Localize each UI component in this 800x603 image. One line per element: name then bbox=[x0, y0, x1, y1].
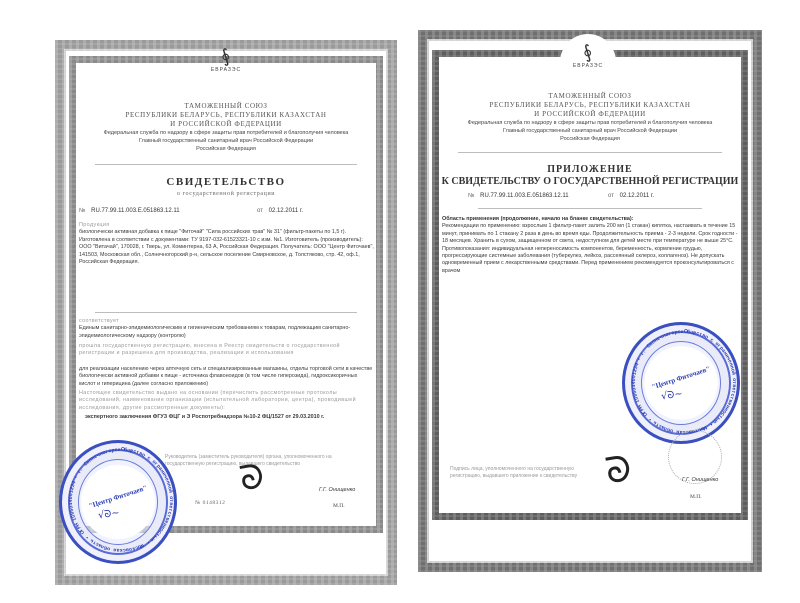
seal-placeholder: М.П. bbox=[690, 494, 702, 500]
appendix-number-line: № RU.77.99.11.003.Е.051863.12.11 от 02.1… bbox=[468, 193, 748, 199]
divider bbox=[95, 164, 357, 165]
eurasec-logo-icon: ∮ bbox=[219, 47, 234, 67]
appendix-number: RU.77.99.11.003.Е.051863.12.11 bbox=[480, 193, 569, 199]
official-seal bbox=[668, 430, 722, 484]
signer-name: Г.Г. Онищенко bbox=[682, 477, 718, 483]
certificate-document: ∮ ЕВРАЗЭС ТАМОЖЕННЫЙ СОЮЗ РЕСПУБЛИКИ БЕЛ… bbox=[55, 40, 397, 585]
registration-text: прошла государственную регистрацию, внес… bbox=[79, 343, 374, 358]
divider bbox=[478, 208, 702, 209]
appendix-document: ∮ ЕВРАЗЭС ТАМОЖЕННЫЙ СОЮЗ РЕСПУБЛИКИ БЕЛ… bbox=[418, 30, 762, 572]
signatory-caption: Руководитель (заместитель руководителя) … bbox=[165, 454, 365, 468]
eurasec-logo-icon: ∮ bbox=[581, 43, 596, 63]
certificate-logo: ∮ ЕВРАЗЭС bbox=[201, 48, 251, 73]
appendix-title-2: К СВИДЕТЕЛЬСТВУ О ГОСУДАРСТВЕННОЙ РЕГИСТ… bbox=[418, 176, 762, 187]
compliance-text: соответствует Единым санитарно-эпидемиол… bbox=[79, 318, 374, 340]
form-serial-number: № 0148312 bbox=[195, 500, 225, 506]
basis-text: Настоящее свидетельство выдано на основа… bbox=[79, 390, 374, 412]
company-stamp: "Центр Фиточаев" √ᘐ~ Общество с ограниче… bbox=[622, 322, 740, 444]
certificate-subtitle: о государственной регистрации bbox=[55, 191, 397, 197]
appendix-logo: ∮ ЕВРАЗЭС bbox=[560, 34, 616, 90]
appendix-date: 02.12.2011 г. bbox=[620, 193, 654, 199]
divider bbox=[95, 312, 357, 313]
usage-text: для реализации населению через аптечную … bbox=[79, 366, 374, 388]
signatory-caption: Подпись лица, уполномоченного на государ… bbox=[450, 466, 600, 480]
stamp-ring-text: Общество с ограниченной ответственностью… bbox=[629, 329, 733, 437]
signer-name: Г.Г. Онищенко bbox=[319, 487, 355, 493]
product-description: Продукция биологически активная добавка … bbox=[79, 222, 374, 266]
scope-of-use: Область применения (продолжение, начало … bbox=[442, 216, 738, 275]
certificate-title: СВИДЕТЕЛЬСТВО bbox=[55, 176, 397, 188]
appendix-title: ПРИЛОЖЕНИЕ bbox=[418, 164, 762, 175]
company-stamp: "Центр Фиточаев" √ᘐ~ Общество с ограниче… bbox=[59, 440, 177, 564]
certificate-number-line: № RU.77.99.11.003.Е.051863.12.11 от 02.1… bbox=[79, 208, 379, 214]
expert-conclusion: экспертного заключения ФГУЗ ФЦГ и Э Росп… bbox=[85, 414, 375, 421]
seal-placeholder: М.П. bbox=[333, 503, 345, 509]
divider bbox=[458, 152, 722, 153]
certificate-number: RU.77.99.11.003.Е.051863.12.11 bbox=[91, 208, 180, 214]
certificate-header: ТАМОЖЕННЫЙ СОЮЗ РЕСПУБЛИКИ БЕЛАРУСЬ, РЕС… bbox=[55, 102, 397, 153]
appendix-header: ТАМОЖЕННЫЙ СОЮЗ РЕСПУБЛИКИ БЕЛАРУСЬ, РЕС… bbox=[418, 92, 762, 143]
stamp-ring-text: Общество с ограниченной ответственностью… bbox=[66, 447, 170, 557]
certificate-date: 02.12.2011 г. bbox=[269, 208, 303, 214]
